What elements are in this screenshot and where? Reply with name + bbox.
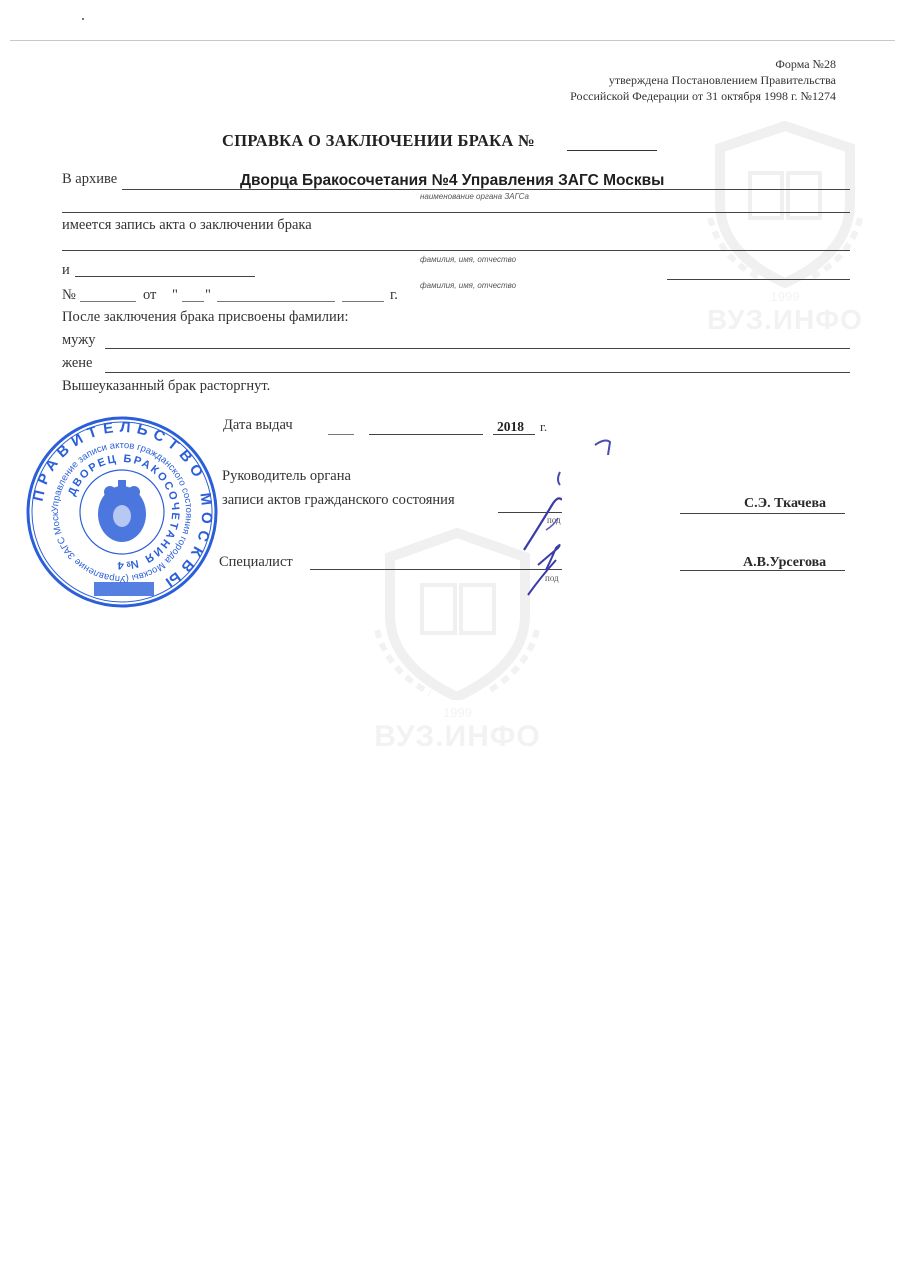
year-field — [342, 301, 384, 302]
stamp-seal-icon: ПРАВИТЕЛЬСТВО МОСКВЫ Управление записи а… — [24, 414, 220, 610]
specialist-label: Специалист — [219, 554, 293, 571]
from-label: от — [143, 287, 156, 304]
head-label-line2: записи актов гражданского состояния — [222, 492, 455, 509]
issue-date-label: Дата выдач — [223, 417, 293, 434]
approved-line: утверждена Постановлением Правительства — [570, 72, 836, 88]
archive-value: Дворца Бракосочетания №4 Управления ЗАГС… — [240, 172, 664, 190]
decree-line: Российской Федерации от 31 октября 1998 … — [570, 88, 836, 104]
redaction-block — [562, 455, 680, 595]
head-name-underline — [680, 513, 845, 514]
form-number: Форма №28 — [570, 56, 836, 72]
issue-day-field — [328, 434, 354, 435]
archive-underline-2 — [62, 212, 850, 213]
record-number-label: № — [62, 287, 76, 304]
record-label: имеется запись акта о заключении брака — [62, 217, 312, 234]
certificate-number-field — [567, 150, 657, 151]
record-number-field — [80, 301, 136, 302]
issue-month-field — [369, 434, 483, 435]
archive-label: В архиве — [62, 171, 117, 188]
and-label: и — [62, 262, 70, 279]
wife-label: жене — [62, 355, 92, 372]
archive-caption: наименование органа ЗАГСа — [420, 192, 529, 201]
head-label-line1: Руководитель органа — [222, 468, 351, 485]
day-quote-close: " — [205, 287, 211, 304]
form-header: Форма №28 утверждена Постановлением Прав… — [570, 56, 836, 104]
shield-book-icon — [700, 118, 870, 288]
page-edge-line — [10, 40, 895, 41]
divorce-note: Вышеуказанный брак расторгнут. — [62, 378, 270, 395]
month-field — [217, 301, 335, 302]
watermark-top-right: 1999 ВУЗ.ИНФО — [700, 118, 870, 338]
husband-label: мужу — [62, 332, 96, 349]
official-stamp: ПРАВИТЕЛЬСТВО МОСКВЫ Управление записи а… — [24, 414, 220, 610]
year-suffix: г. — [390, 287, 398, 304]
day-field — [182, 301, 204, 302]
wife-surname-field — [105, 372, 850, 373]
scan-speck — [82, 18, 84, 20]
spouse2-field-left — [75, 276, 255, 277]
spouse2-field-right — [667, 279, 850, 280]
surnames-heading: После заключения брака присвоены фамилии… — [62, 309, 349, 326]
husband-surname-field — [105, 348, 850, 349]
specialist-name: А.В.Урсегова — [743, 555, 826, 571]
day-quote-open: " — [172, 287, 178, 304]
document-title: СПРАВКА О ЗАКЛЮЧЕНИИ БРАКА № — [222, 131, 535, 151]
spouse1-caption: фамилия, имя, отчество — [420, 255, 516, 264]
spouse1-field — [62, 250, 850, 251]
spouse2-caption: фамилия, имя, отчество — [420, 281, 516, 290]
head-name: С.Э. Ткачева — [744, 496, 826, 512]
